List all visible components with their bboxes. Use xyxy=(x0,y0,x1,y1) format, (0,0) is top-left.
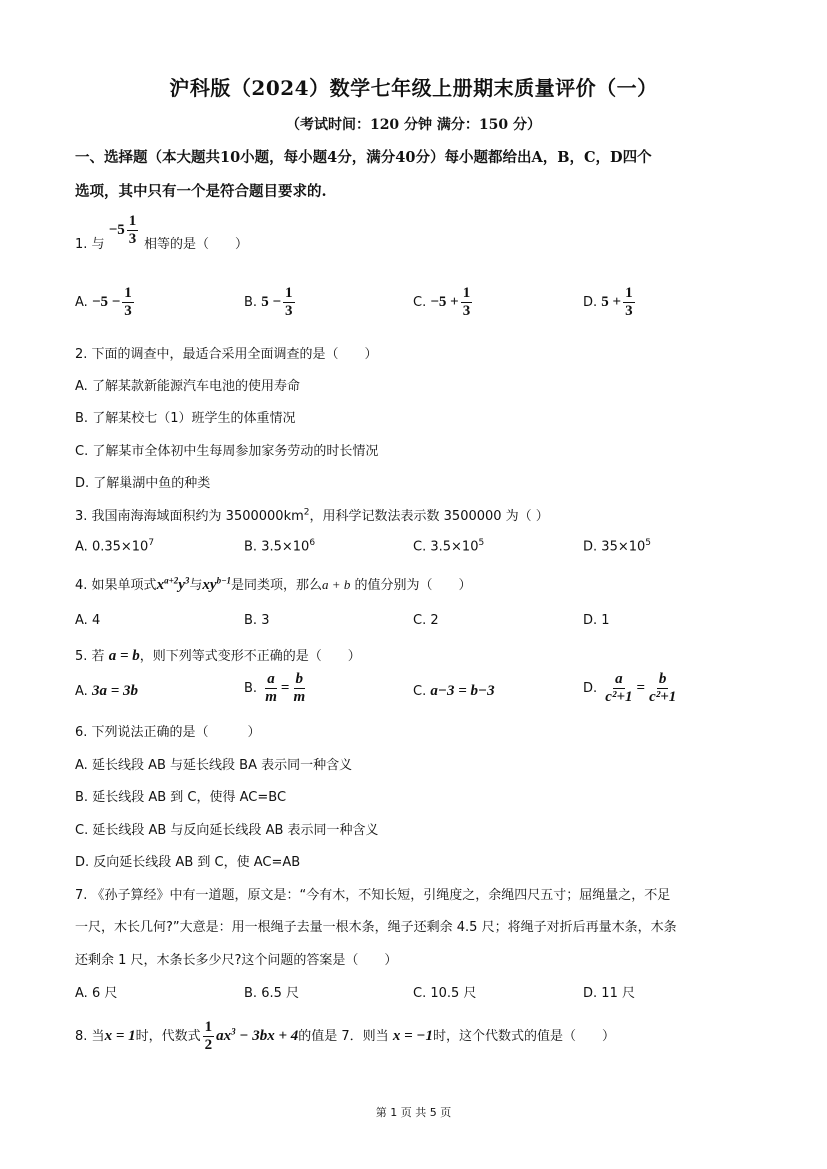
math-num: 1 xyxy=(122,286,134,303)
section-heading-line2: 选项，其中只有一个是符合题目要求的. xyxy=(75,180,327,201)
question-4: 4. 如果单项式xa+2y3与xyb−1是同类项，那么a + b 的值分别为（ … xyxy=(75,574,471,594)
option-label: B. xyxy=(244,986,257,1001)
exponent: 6 xyxy=(309,538,315,548)
option-7d[interactable]: D. 11 尺 xyxy=(583,982,635,1001)
option-text: 3 xyxy=(261,613,269,628)
question-number: 1. xyxy=(75,237,87,252)
math-expr: x = 1 xyxy=(105,1028,136,1044)
option-text: 6.5 尺 xyxy=(261,986,299,1001)
question-text: 下列说法正确的是（ ） xyxy=(92,725,261,740)
question-text: 的值分别为（ ） xyxy=(354,578,471,593)
math-fraction: 13 xyxy=(461,286,473,319)
option-label: C. xyxy=(413,986,426,1001)
question-text: 《孙子算经》中有一道题，原文是：“今有木，不知长短，引绳度之，余绳四尺五寸；屈绳… xyxy=(92,888,671,903)
option-label: B. xyxy=(244,295,257,310)
option-text: 0.35×10 xyxy=(92,539,148,554)
option-label: D. xyxy=(583,539,597,554)
math-expr: − 3bx + 4 xyxy=(236,1028,299,1044)
option-6c[interactable]: C. 延长线段 AB 与反向延长线段 AB 表示同一种含义 xyxy=(75,819,379,838)
math-mixed-number: −513 xyxy=(109,222,144,238)
option-2b[interactable]: B. 了解某校七（1）班学生的体重情况 xyxy=(75,407,295,426)
question-8: 8. 当x = 1时，代数式12ax3 − 3bx + 4的值是 7．则当 x … xyxy=(75,1020,615,1053)
section-heading-line1: 一、选择题（本大题共10小题，每小题4分，满分40分）每小题都给出A，B，C，D… xyxy=(75,146,652,167)
math-den: c²+1 xyxy=(603,689,634,705)
option-label: B. xyxy=(244,681,257,696)
question-text: 我国南海海域面积约为 3500000km xyxy=(92,509,304,524)
question-5: 5. 若 a = b，则下列等式变形不正确的是（ ） xyxy=(75,645,361,665)
option-label: B. xyxy=(244,539,257,554)
question-number: 2. xyxy=(75,347,87,362)
option-2a[interactable]: A. 了解某款新能源汽车电池的使用寿命 xyxy=(75,375,300,394)
option-5a[interactable]: A. 3a = 3b xyxy=(75,683,138,700)
math-num: 1 xyxy=(203,1020,215,1037)
math-expr: a−3 = b−3 xyxy=(430,683,494,699)
option-5c[interactable]: C. a−3 = b−3 xyxy=(413,683,495,700)
question-text: ，用科学记数法表示数 3500000 为（ ） xyxy=(310,509,549,524)
option-1d[interactable]: D. 5 +13 xyxy=(583,286,637,319)
math-den: c²+1 xyxy=(647,689,678,705)
option-text: 2 xyxy=(430,613,438,628)
math-fraction: bc²+1 xyxy=(647,672,678,705)
option-1c[interactable]: C. −5 +13 xyxy=(413,286,474,319)
option-4b[interactable]: B. 3 xyxy=(244,613,269,628)
option-label: D. xyxy=(583,295,597,310)
question-7-line1: 7. 《孙子算经》中有一道题，原文是：“今有木，不知长短，引绳度之，余绳四尺五寸… xyxy=(75,884,670,903)
option-text: 延长线段 AB 与延长线段 BA 表示同一种含义 xyxy=(92,758,352,773)
exponent: 5 xyxy=(478,538,484,548)
question-number: 6. xyxy=(75,725,87,740)
option-text: 3.5×10 xyxy=(430,539,478,554)
option-label: D. xyxy=(75,855,89,870)
option-5d[interactable]: D. ac²+1=bc²+1 xyxy=(583,672,680,705)
math-den: m xyxy=(263,689,279,705)
option-2d[interactable]: D. 了解巢湖中鱼的种类 xyxy=(75,472,210,491)
option-1b[interactable]: B. 5 −13 xyxy=(244,286,297,319)
option-label: B. xyxy=(75,411,88,426)
math-fraction: am xyxy=(263,672,279,705)
option-7c[interactable]: C. 10.5 尺 xyxy=(413,982,476,1001)
option-4a[interactable]: A. 4 xyxy=(75,613,100,628)
question-text: 若 xyxy=(92,649,105,664)
math-fraction: 13 xyxy=(283,286,295,319)
math-num: 1 xyxy=(461,286,473,303)
exam-info: （考试时间：120 分钟 满分：150 分） xyxy=(0,114,827,134)
math-int: 5 − xyxy=(261,294,281,310)
option-3d[interactable]: D. 35×105 xyxy=(583,538,651,554)
math-int: −5 xyxy=(109,222,125,238)
option-label: A. xyxy=(75,379,88,394)
option-label: A. xyxy=(75,684,88,699)
option-3a[interactable]: A. 0.35×107 xyxy=(75,538,154,554)
option-6a[interactable]: A. 延长线段 AB 与延长线段 BA 表示同一种含义 xyxy=(75,754,352,773)
math-fraction: 13 xyxy=(122,286,134,319)
math-fraction: 12 xyxy=(203,1020,215,1053)
question-number: 7. xyxy=(75,888,87,903)
math-fraction: ac²+1 xyxy=(603,672,634,705)
option-3b[interactable]: B. 3.5×106 xyxy=(244,538,315,554)
question-number: 8. xyxy=(75,1029,87,1044)
math-var: x xyxy=(157,577,165,593)
question-text: 与 xyxy=(189,578,202,593)
option-text: 了解某校七（1）班学生的体重情况 xyxy=(92,411,295,426)
math-expr: a + b xyxy=(322,577,350,592)
question-7-line3: 还剩余 1 尺，木条长多少尺?这个问题的答案是（ ） xyxy=(75,949,397,968)
math-num: a xyxy=(265,672,277,689)
option-label: B. xyxy=(75,790,88,805)
math-int: −5 + xyxy=(430,294,458,310)
question-2: 2. 下面的调查中，最适合采用全面调查的是（ ） xyxy=(75,343,378,362)
option-6b[interactable]: B. 延长线段 AB 到 C，使得 AC=BC xyxy=(75,786,286,805)
question-text: 与 xyxy=(92,237,105,252)
question-text: 如果单项式 xyxy=(92,578,157,593)
exponent: a+2 xyxy=(164,576,178,586)
option-text: 35×10 xyxy=(601,539,645,554)
option-label: C. xyxy=(75,444,88,459)
math-num: 1 xyxy=(283,286,295,303)
math-num: a xyxy=(613,672,625,689)
math-int: 5 + xyxy=(601,294,621,310)
option-text: 11 尺 xyxy=(601,986,635,1001)
question-1: 1. 与 −513 相等的是（ ） xyxy=(75,228,248,261)
option-label: B. xyxy=(244,613,257,628)
question-text: 当 xyxy=(92,1029,105,1044)
option-label: C. xyxy=(75,823,88,838)
option-label: D. xyxy=(583,613,597,628)
option-label: D. xyxy=(583,986,597,1001)
option-text: 4 xyxy=(92,613,100,628)
question-text: 的值是 7．则当 xyxy=(298,1029,388,1044)
option-label: A. xyxy=(75,758,88,773)
question-number: 5. xyxy=(75,649,87,664)
question-text: 时，这个代数式的值是（ ） xyxy=(433,1029,615,1044)
option-1a[interactable]: A. −5 −13 xyxy=(75,286,136,319)
option-label: A. xyxy=(75,295,88,310)
exponent: 5 xyxy=(645,538,651,548)
option-label: C. xyxy=(413,539,426,554)
option-label: A. xyxy=(75,539,88,554)
question-3: 3. 我国南海海域面积约为 3500000km2，用科学记数法表示数 35000… xyxy=(75,505,549,524)
option-text: 3.5×10 xyxy=(261,539,309,554)
option-3c[interactable]: C. 3.5×105 xyxy=(413,538,484,554)
question-6: 6. 下列说法正确的是（ ） xyxy=(75,721,261,740)
option-label: C. xyxy=(413,295,426,310)
question-text: 时，代数式 xyxy=(136,1029,201,1044)
option-label: D. xyxy=(75,476,89,491)
option-5b[interactable]: B. am=bm xyxy=(244,672,309,705)
math-var: y xyxy=(178,577,185,593)
option-2c[interactable]: C. 了解某市全体初中生每周参加家务劳动的时长情况 xyxy=(75,440,378,459)
option-text: 延长线段 AB 到 C，使得 AC=BC xyxy=(92,790,286,805)
option-7a[interactable]: A. 6 尺 xyxy=(75,982,117,1001)
option-6d[interactable]: D. 反向延长线段 AB 到 C，使 AC=AB xyxy=(75,851,300,870)
question-number: 4. xyxy=(75,578,87,593)
math-num: b xyxy=(657,672,669,689)
math-den: 2 xyxy=(203,1037,215,1053)
option-text: 延长线段 AB 与反向延长线段 AB 表示同一种含义 xyxy=(92,823,378,838)
math-var: xy xyxy=(202,577,216,593)
math-fraction: 13 xyxy=(623,286,635,319)
option-label: A. xyxy=(75,613,88,628)
option-label: C. xyxy=(413,613,426,628)
math-den: 3 xyxy=(127,231,139,247)
option-label: A. xyxy=(75,986,88,1001)
question-text: 是同类项，那么 xyxy=(231,578,322,593)
math-num: b xyxy=(294,672,306,689)
option-4d[interactable]: D. 1 xyxy=(583,613,610,628)
option-text: 了解某款新能源汽车电池的使用寿命 xyxy=(92,379,300,394)
option-text: 反向延长线段 AB 到 C，使 AC=AB xyxy=(93,855,300,870)
option-text: 1 xyxy=(601,613,609,628)
option-text: 了解巢湖中鱼的种类 xyxy=(93,476,210,491)
option-text: 了解某市全体初中生每周参加家务劳动的时长情况 xyxy=(92,444,378,459)
page-title: 沪科版（2024）数学七年级上册期末质量评价（一） xyxy=(0,72,827,101)
math-fraction: bm xyxy=(291,672,307,705)
option-label: C. xyxy=(413,684,426,699)
math-den: m xyxy=(291,689,307,705)
math-den: 3 xyxy=(122,303,134,319)
math-den: 3 xyxy=(461,303,473,319)
question-text: 相等的是（ ） xyxy=(144,237,248,252)
exponent: 7 xyxy=(148,538,154,548)
option-4c[interactable]: C. 2 xyxy=(413,613,439,628)
math-expr: ax xyxy=(216,1028,231,1044)
question-text: 下面的调查中，最适合采用全面调查的是（ ） xyxy=(92,347,378,362)
math-expr: x = −1 xyxy=(393,1028,433,1044)
math-expr: 3a = 3b xyxy=(92,683,138,699)
math-num: 1 xyxy=(127,214,139,231)
question-7-line2: 一尺，木长几何?”大意是：用一根绳子去量一根木条，绳子还剩余 4.5 尺；将绳子… xyxy=(75,916,677,935)
option-7b[interactable]: B. 6.5 尺 xyxy=(244,982,299,1001)
option-text: 6 尺 xyxy=(92,986,117,1001)
exponent: b−1 xyxy=(217,576,231,586)
question-number: 3. xyxy=(75,509,87,524)
math-num: 1 xyxy=(623,286,635,303)
option-text: 10.5 尺 xyxy=(430,986,476,1001)
page-footer: 第 1 页 共 5 页 xyxy=(0,1104,827,1120)
math-int: −5 − xyxy=(92,294,120,310)
math-den: 3 xyxy=(283,303,295,319)
question-text: ，则下列等式变形不正确的是（ ） xyxy=(140,649,361,664)
option-label: D. xyxy=(583,681,597,696)
math-expr: a = b xyxy=(109,648,140,664)
math-den: 3 xyxy=(623,303,635,319)
